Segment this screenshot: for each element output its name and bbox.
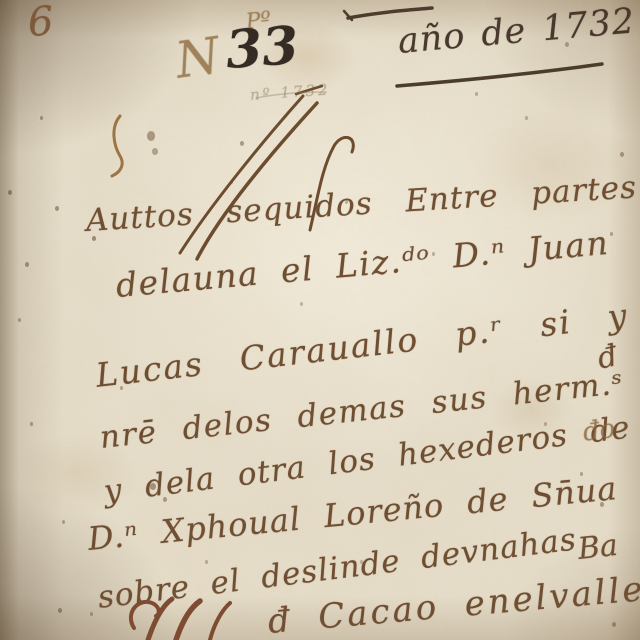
fox-spot bbox=[475, 92, 478, 96]
manuscript-line: delauna el Liz.ᵈᵒ D.ⁿ Juan bbox=[114, 223, 610, 305]
flourish-diagonal-2 bbox=[197, 103, 317, 259]
fox-spot bbox=[58, 608, 62, 613]
fox-spot bbox=[147, 131, 155, 141]
year-overline-tick bbox=[344, 11, 352, 20]
fox-spot bbox=[90, 612, 93, 616]
catchword: Ba bbox=[576, 528, 619, 567]
file-number: 33 bbox=[224, 15, 300, 81]
fox-spot bbox=[230, 180, 233, 184]
year-heading: año de 1732 bbox=[396, 1, 637, 62]
fox-spot bbox=[620, 152, 624, 157]
fox-spot bbox=[300, 302, 303, 306]
manuscript-photo: 6 N Pº 33 año de 1732 nº 1732 Auttos seq… bbox=[0, 0, 640, 640]
fox-spot bbox=[612, 622, 616, 627]
fox-spot bbox=[152, 148, 158, 155]
fox-spot bbox=[610, 232, 613, 236]
fox-spot bbox=[205, 560, 208, 564]
fox-spot bbox=[25, 262, 29, 267]
margin-abbreviation: đo bbox=[581, 414, 617, 448]
year-overline bbox=[348, 8, 432, 18]
fox-spot bbox=[525, 116, 528, 120]
file-number-faint-n: N bbox=[172, 26, 223, 90]
fox-spot bbox=[30, 422, 33, 426]
fox-spot bbox=[240, 141, 244, 146]
flourish-hook bbox=[112, 116, 122, 176]
fox-spot bbox=[18, 318, 21, 322]
year-underline bbox=[397, 64, 602, 86]
fox-spot bbox=[55, 206, 59, 211]
fox-spot bbox=[40, 116, 43, 120]
pencil-annotation: nº 1732 bbox=[249, 80, 331, 104]
folio-number: 6 bbox=[26, 0, 55, 46]
fox-spot bbox=[62, 520, 65, 524]
fox-spot bbox=[8, 190, 12, 195]
